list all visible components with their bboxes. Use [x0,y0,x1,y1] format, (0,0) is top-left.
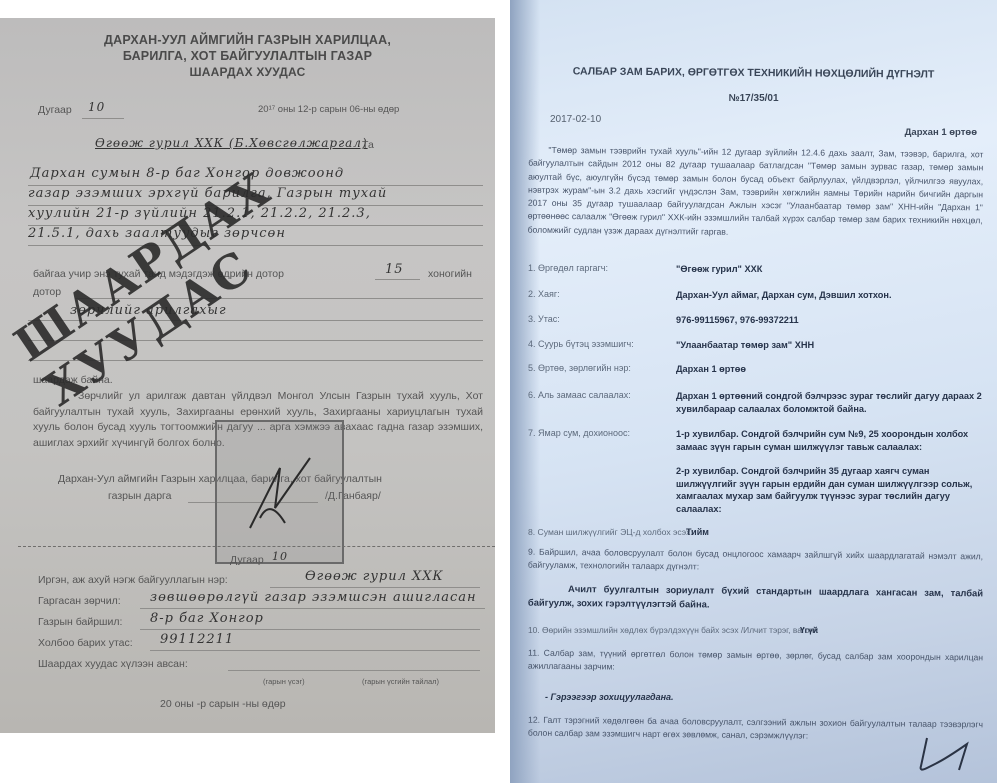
item-label: 1. Өргөдөл гаргагч: [528,263,608,273]
document-title: САЛБАР ЗАМ БАРИХ, ӨРГӨТГӨХ ТЕХНИКИЙН НӨХ… [510,65,997,81]
technical-conditions-document: САЛБАР ЗАМ БАРИХ, ӨРГӨТГӨХ ТЕХНИКИЙН НӨХ… [510,0,997,783]
document-place: Дархан 1 өртөө [905,127,977,138]
stub-field-label: Гаргасан зөрчил: [38,595,121,607]
signature-scribble [915,730,975,775]
intro-paragraph: "Төмөр замын тээврийн тухай хууль"-ийн 1… [528,144,984,242]
document-date: 2017-02-10 [550,114,601,125]
stub-number-label: Дугаар [230,554,264,566]
item-label: 3. Утас: [528,314,560,324]
signatory-title-line-2: газрын дарга [108,490,171,502]
name-caption: (гарын үсгийн тайлал) [362,677,439,686]
stub-number-value: 10 [272,550,288,563]
signature-caption: (гарын үсэг) [263,677,305,686]
item-label: 6. Аль замаас салаалах: [528,390,631,400]
signature-scribble [240,448,320,538]
stub-field-label: Иргэн, аж ахуй нэгж байгууллагын нэр: [38,574,228,586]
deadline-days: 15 [385,262,404,277]
item-value: Дархан 1 өртөөний сондгой бэлчрээс зураг… [676,390,986,415]
stub-field-label: Шаардах хуудас хүлээн авсан: [38,658,188,670]
deadline-suffix: хоногийн [428,268,472,280]
item-9-text: 9. Байршил, ачаа боловсруулалт болон бус… [528,546,983,577]
item-9-conclusion: Ачилт буулгалтын зориулалт бүхий стандар… [528,582,983,615]
stub-field-value: 99112211 [160,632,234,647]
item-label: 8. Суман шилжүүлгийг ЭЦ-д холбох эсэх: [528,527,693,537]
item-11-text: 11. Салбар зам, түүний өргөтгөл болон тө… [528,647,983,678]
stub-field-value: 8-р баг Хонгор [150,611,264,626]
item-label: 10. Өөрийн эзэмшлийн хөдлөх бүрэлдэхүүн … [528,625,819,635]
stub-field-label: Холбоо барих утас: [38,637,133,649]
number-value: 10 [88,100,105,114]
stub-field-value: зөвшөөрөлгүй газар эзэмшсэн ашигласан [150,590,477,605]
item-value: Үгүй [800,625,818,635]
item-value: 1-р хувилбар. Сондгой бэлчрийн сум №9, 2… [676,428,986,453]
item-value: "Өгөөж гурил" ХХК [676,263,986,276]
item-label: 4. Суурь бүтэц эзэмшигч: [528,339,634,349]
demand-notice-document: ДАРХАН-УУЛ АЙМГИЙН ГАЗРЫН ХАРИЛЦАА, БАРИ… [0,18,495,733]
item-value: Дархан 1 өртөө [676,363,986,376]
item-label: 2. Хаяг: [528,289,560,299]
stub-field-value: Өгөөж гурил ХХК [305,569,444,584]
header-line-2: БАРИЛГА, ХОТ БАЙГУУЛАЛТЫН ГАЗАР [0,49,495,63]
number-label: Дугаар [38,104,72,116]
item-label: 7. Ямар сум, дохионоос: [528,428,630,438]
header-line-1: ДАРХАН-УУЛ АЙМГИЙН ГАЗРЫН ХАРИЛЦАА, [0,33,495,47]
item-label: 5. Өртөө, зөрлөгийн нэр: [528,363,631,373]
demand-stamp: ШААРДАХ ХУУДАС [5,70,447,417]
item-value: Тийм [686,527,709,537]
item-value: Дархан-Уул аймаг, Дархан сум, Дэвшил хот… [676,289,986,302]
item-value: "Улаанбаатар төмөр зам" ХНН [676,339,986,352]
document-number: №17/35/01 [510,93,997,104]
stub-field-label: Газрын байршил: [38,616,122,628]
document-title: ШААРДАХ ХУУДАС [0,65,495,79]
item-value: 2-р хувилбар. Сондгой бэлчрийн 35 дугаар… [676,465,986,515]
stub-date-line: 20 оны -р сарын -ны өдөр [160,698,286,710]
item-11-value: - Гэрээгээр зохицуулагдана. [545,692,674,702]
item-value: 976-99115967, 976-99372211 [676,314,986,327]
